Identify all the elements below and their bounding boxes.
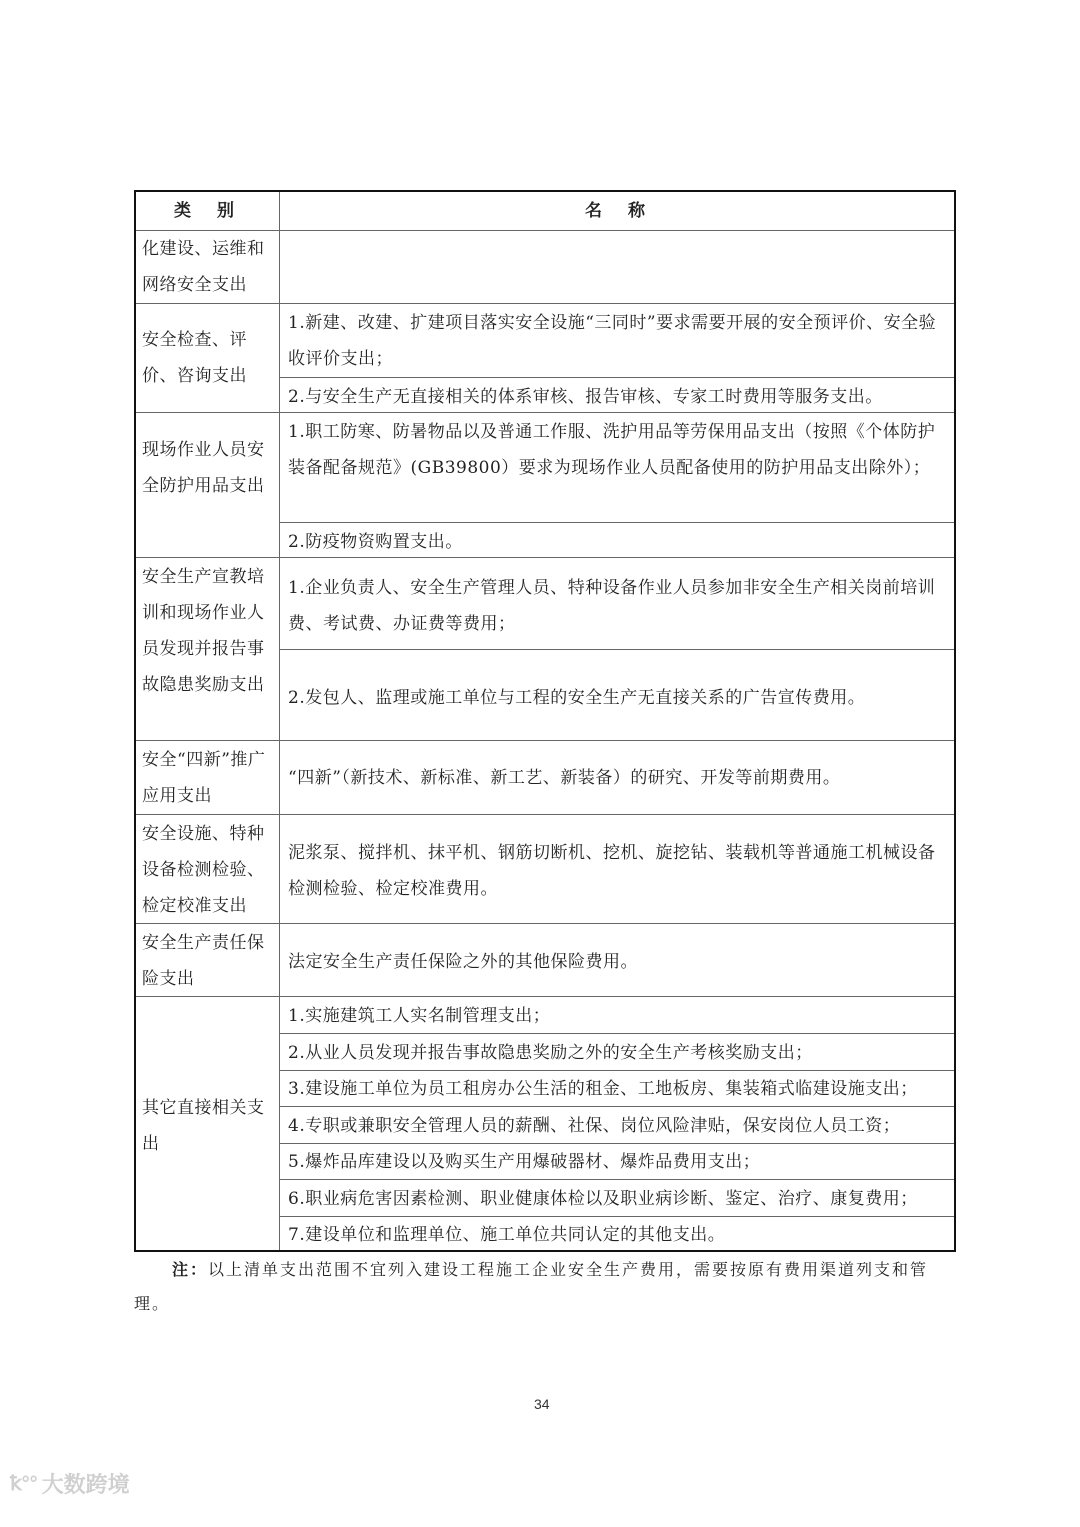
item-cell: 2.从业人员发现并报告事故隐患奖励之外的安全生产考核奖励支出； xyxy=(288,1035,952,1071)
category-cell: 化建设、运维和网络安全支出 xyxy=(142,231,276,303)
note-text: 以上清单支出范围不宜列入建设工程施工企业安全生产费用，需要按原有费用渠道列支和管… xyxy=(134,1260,928,1313)
item-cell: 5.爆炸品库建设以及购买生产用爆破器材、爆炸品费用支出； xyxy=(288,1144,952,1180)
item-cell: 法定安全生产责任保险之外的其他保险费用。 xyxy=(288,944,952,980)
item-cell: 2.防疫物资购置支出。 xyxy=(288,524,952,560)
watermark-logo-icon: ꝁ°° xyxy=(10,1471,38,1496)
sub-row-divider xyxy=(280,377,954,378)
footnote: 注：以上清单支出范围不宜列入建设工程施工企业安全生产费用，需要按原有费用渠道列支… xyxy=(134,1253,956,1321)
item-cell: “四新”（新技术、新标准、新工艺、新装备）的研究、开发等前期费用。 xyxy=(288,760,952,796)
category-cell: 其它直接相关支出 xyxy=(142,1090,276,1162)
category-cell: 安全生产责任保险支出 xyxy=(142,925,276,997)
page-number: 34 xyxy=(534,1396,550,1412)
item-cell: 3.建设施工单位为员工租房办公生活的租金、工地板房、集装箱式临建设施支出； xyxy=(288,1071,952,1107)
item-cell: 1.实施建筑工人实名制管理支出； xyxy=(288,998,952,1034)
item-cell: 6.职业病危害因素检测、职业健康体检以及职业病诊断、鉴定、治疗、康复费用； xyxy=(288,1181,952,1217)
note-label: 注： xyxy=(172,1260,208,1279)
row-divider xyxy=(136,814,954,815)
expense-table: 类 别 名 称 化建设、运维和网络安全支出 安全检查、评价、咨询支出 1.新建、… xyxy=(134,190,956,1252)
row-divider xyxy=(136,740,954,741)
header-name: 名 称 xyxy=(288,193,952,229)
item-cell: 1.新建、改建、扩建项目落实安全设施“三同时”要求需要开展的安全预评价、安全验收… xyxy=(288,305,952,377)
item-cell: 2.与安全生产无直接相关的体系审核、报告审核、专家工时费用等服务支出。 xyxy=(288,379,952,415)
sub-row-divider xyxy=(280,649,954,650)
item-cell: 1.企业负责人、安全生产管理人员、特种设备作业人员参加非安全生产相关岗前培训费、… xyxy=(288,570,952,642)
category-cell: 安全“四新”推广应用支出 xyxy=(142,742,276,814)
watermark-text: 大数跨境 xyxy=(42,1468,130,1499)
row-divider xyxy=(136,303,954,304)
item-cell: 1.职工防寒、防暑物品以及普通工作服、洗护用品等劳保用品支出（按照《个体防护装备… xyxy=(288,414,952,486)
item-cell: 7.建设单位和监理单位、施工单位共同认定的其他支出。 xyxy=(288,1217,952,1253)
item-cell: 泥浆泵、搅拌机、抹平机、钢筋切断机、挖机、旋挖钻、装载机等普通施工机械设备检测检… xyxy=(288,835,952,907)
sub-row-divider xyxy=(280,522,954,523)
column-divider xyxy=(279,192,280,1250)
item-cell: 2.发包人、监理或施工单位与工程的安全生产无直接关系的广告宣传费用。 xyxy=(288,680,952,716)
category-cell: 安全检查、评价、咨询支出 xyxy=(142,322,276,394)
header-category: 类 别 xyxy=(142,193,276,229)
category-cell: 现场作业人员安全防护用品支出 xyxy=(142,432,276,504)
category-cell: 安全生产宣教培训和现场作业人员发现并报告事故隐患奖励支出 xyxy=(142,559,276,703)
watermark: ꝁ°° 大数跨境 xyxy=(10,1468,130,1499)
category-cell: 安全设施、特种设备检测检验、检定校准支出 xyxy=(142,816,276,924)
item-cell: 4.专职或兼职安全管理人员的薪酬、社保、岗位风险津贴，保安岗位人员工资； xyxy=(288,1108,952,1144)
